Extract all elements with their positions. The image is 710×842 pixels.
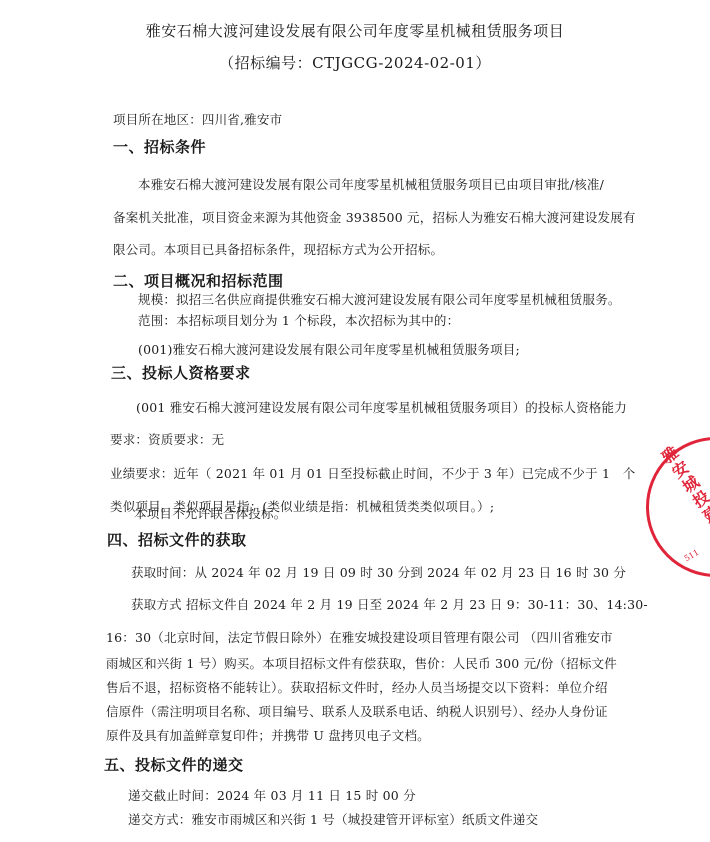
document-title: 雅安石棉大渡河建设发展有限公司年度零星机械租赁服务项目 bbox=[0, 20, 710, 41]
paragraph-line: 16：30（北京时间，法定节假日除外）在雅安城投建设项目管理有限公司 （四川省雅… bbox=[106, 628, 613, 646]
paragraph-line: 获取方式 招标文件自 2024 年 2 月 19 日至 2024 年 2 月 2… bbox=[131, 595, 648, 613]
section-heading: 三、投标人资格要求 bbox=[111, 362, 251, 383]
paragraph-line: 范围：本招标项目划分为 1 个标段，本次招标为其中的： bbox=[138, 311, 459, 329]
section-heading: 四、招标文件的获取 bbox=[107, 529, 247, 550]
paragraph-line: 原件及具有加盖鲜章复印件；并携带 U 盘拷贝电子文档。 bbox=[106, 726, 430, 744]
paragraph-line: 业绩要求：近年（ 2021 年 01 月 01 日至投标截止时间，不少于 3 年… bbox=[110, 464, 636, 482]
paragraph-line: 要求：资质要求：无 bbox=[110, 430, 224, 448]
paragraph-line: 限公司。本项目已具备招标条件，现招标方式为公开招标。 bbox=[113, 240, 443, 258]
paragraph-line: 本项目不允许联合体投标。 bbox=[134, 504, 286, 522]
paragraph-line: (001)雅安石棉大渡河建设发展有限公司年度零星机械租赁服务项目; bbox=[138, 340, 520, 358]
paragraph-line: 递交方式：雅安市雨城区和兴街 1 号（城投建管开评标室）纸质文件递交 bbox=[128, 810, 538, 828]
project-location: 项目所在地区：四川省,雅安市 bbox=[113, 110, 282, 128]
paragraph-line: 递交截止时间：2024 年 03 月 11 日 15 时 00 分 bbox=[128, 786, 416, 804]
paragraph-line: 本雅安石棉大渡河建设发展有限公司年度零星机械租赁服务项目已由项目审批/核准/ bbox=[138, 175, 604, 193]
section-heading: 五、投标文件的递交 bbox=[104, 754, 244, 775]
paragraph-line: (001 雅安石棉大渡河建设发展有限公司年度零星机械租赁服务项目）的投标人资格能… bbox=[136, 398, 627, 416]
paragraph-line: 售后不退，招标资格不能转让）。获取招标文件时，经办人员当场提交以下资料：单位介绍 bbox=[106, 678, 608, 696]
paragraph-line: 获取时间：从 2024 年 02 月 19 日 09 时 30 分到 2024 … bbox=[131, 563, 626, 581]
section-heading: 一、招标条件 bbox=[113, 136, 206, 157]
tender-number: （招标编号：CTJGCG-2024-02-01） bbox=[0, 52, 710, 73]
paragraph-line: 信原件（需注明项目名称、项目编号、联系人及联系电话、纳税人识别号）、经办人身份证 bbox=[106, 702, 608, 720]
paragraph-line: 雨城区和兴街 1 号）购买。本项目招标文件有偿获取，售价：人民币 300 元/份… bbox=[106, 654, 617, 672]
section-heading: 二、项目概况和招标范围 bbox=[113, 270, 284, 291]
paragraph-line: 规模：拟招三名供应商提供雅安石棉大渡河建设发展有限公司年度零星机械租赁服务。 bbox=[138, 290, 621, 308]
paragraph-line: 备案机关批准，项目资金来源为其他资金 3938500 元，招标人为雅安石棉大渡河… bbox=[113, 208, 636, 226]
